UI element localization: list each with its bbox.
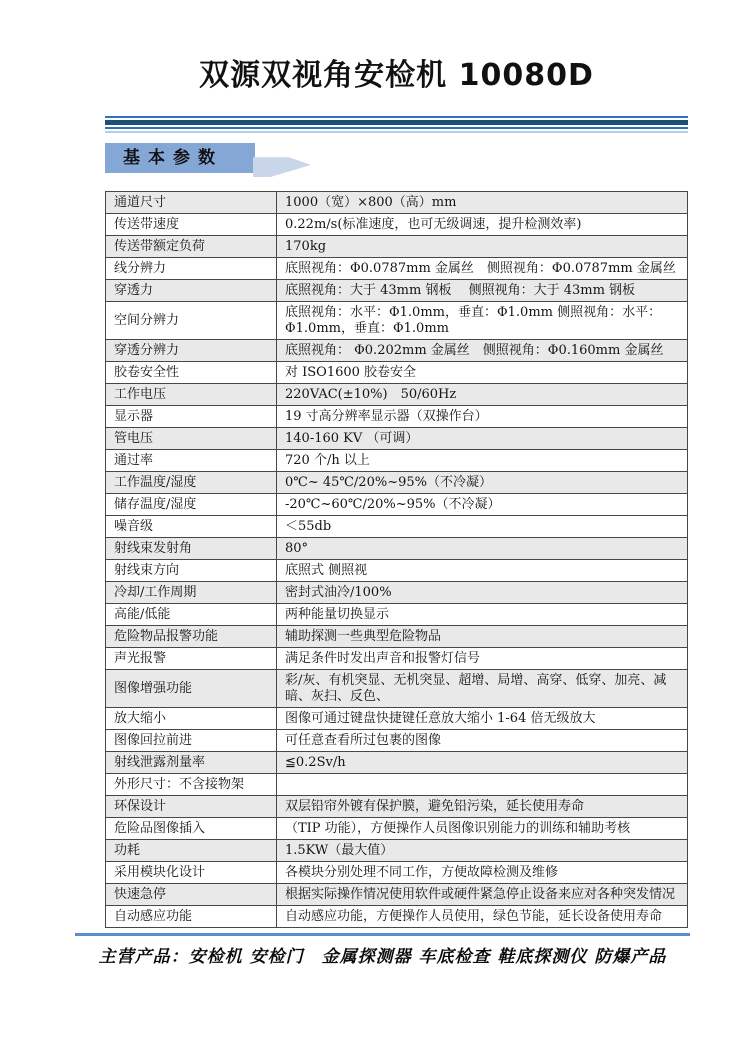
spec-label: 环保设计 [106, 796, 277, 818]
spec-row: 采用模块化设计各模块分别处理不同工作，方便故障检测及维修 [106, 862, 688, 884]
separator-line-thin-mid [105, 127, 688, 129]
spec-row: 胶卷安全性对 ISO1600 胶卷安全 [106, 362, 688, 384]
spec-label: 显示器 [106, 406, 277, 428]
spec-label: 图像回拉前进 [106, 730, 277, 752]
spec-label: 传送带速度 [106, 214, 277, 236]
spec-row: 传送带速度0.22m/s(标准速度，也可无级调速，提升检测效率) [106, 214, 688, 236]
spec-label: 高能/低能 [106, 604, 277, 626]
spec-label: 快速急停 [106, 884, 277, 906]
spec-value: 1000（宽）×800（高）mm [277, 192, 688, 214]
spec-row: 通道尺寸1000（宽）×800（高）mm [106, 192, 688, 214]
spec-label: 声光报警 [106, 648, 277, 670]
spec-label: 穿透分辨力 [106, 340, 277, 362]
spec-value: 各模块分别处理不同工作，方便故障检测及维修 [277, 862, 688, 884]
spec-row: 工作温度/湿度0℃~ 45℃/20%~95%（不冷凝） [106, 472, 688, 494]
spec-row: 噪音级＜55db [106, 516, 688, 538]
spec-row: 传送带额定负荷170kg [106, 236, 688, 258]
spec-row: 射线泄露剂量率≦0.2Sv/h [106, 752, 688, 774]
spec-label: 空间分辨力 [106, 302, 277, 340]
spec-label: 储存温度/湿度 [106, 494, 277, 516]
spec-row: 储存温度/湿度-20℃~60℃/20%~95%（不冷凝） [106, 494, 688, 516]
spec-row: 穿透力底照视角：大于 43mm 钢板 侧照视角：大于 43mm 钢板 [106, 280, 688, 302]
spec-label: 通过率 [106, 450, 277, 472]
spec-row: 通过率720 个/h 以上 [106, 450, 688, 472]
separator-line-light [105, 131, 688, 133]
spec-value: 720 个/h 以上 [277, 450, 688, 472]
spec-label: 线分辨力 [106, 258, 277, 280]
separator-line-thick [105, 120, 688, 125]
spec-label: 采用模块化设计 [106, 862, 277, 884]
title-separator [105, 116, 688, 133]
spec-value: 辅助探测一些典型危险物品 [277, 626, 688, 648]
spec-value: 底照视角： Φ0.202mm 金属丝 侧照视角：Φ0.160mm 金属丝 [277, 340, 688, 362]
spec-row: 显示器19 寸高分辨率显示器（双操作台） [106, 406, 688, 428]
spec-value: -20℃~60℃/20%~95%（不冷凝） [277, 494, 688, 516]
spec-value: 1.5KW（最大值） [277, 840, 688, 862]
spec-value: 两种能量切换显示 [277, 604, 688, 626]
spec-value: 自动感应功能，方便操作人员使用，绿色节能，延长设备使用寿命 [277, 906, 688, 928]
spec-row: 危险物品报警功能辅助探测一些典型危险物品 [106, 626, 688, 648]
spec-value: 底照视角：Φ0.0787mm 金属丝 侧照视角：Φ0.0787mm 金属丝 [277, 258, 688, 280]
spec-value: 底照式 侧照视 [277, 560, 688, 582]
spec-label: 自动感应功能 [106, 906, 277, 928]
spec-value: ≦0.2Sv/h [277, 752, 688, 774]
section-header-label: 基本参数 [105, 143, 255, 173]
spec-value: 19 寸高分辨率显示器（双操作台） [277, 406, 688, 428]
spec-row: 射线束发射角80° [106, 538, 688, 560]
spec-label: 胶卷安全性 [106, 362, 277, 384]
spec-row: 图像回拉前进可任意查看所过包裹的图像 [106, 730, 688, 752]
spec-row: 自动感应功能自动感应功能，方便操作人员使用，绿色节能，延长设备使用寿命 [106, 906, 688, 928]
spec-value [277, 774, 688, 796]
spec-label: 危险物品报警功能 [106, 626, 277, 648]
spec-row: 图像增强功能彩/灰、有机突显、无机突显、超增、局增、高穿、低穿、加亮、减暗、灰扫… [106, 670, 688, 708]
spec-row: 快速急停根据实际操作情况使用软件或硬件紧急停止设备来应对各种突发情况 [106, 884, 688, 906]
spec-value: 80° [277, 538, 688, 560]
spec-row: 环保设计双层铅帘外镀有保护膜，避免铅污染，延长使用寿命 [106, 796, 688, 818]
spec-row: 冷却/工作周期密封式油冷/100% [106, 582, 688, 604]
spec-value: 对 ISO1600 胶卷安全 [277, 362, 688, 384]
spec-row: 工作电压220VAC(±10%) 50/60Hz [106, 384, 688, 406]
spec-row: 穿透分辨力底照视角： Φ0.202mm 金属丝 侧照视角：Φ0.160mm 金属… [106, 340, 688, 362]
spec-label: 放大缩小 [106, 708, 277, 730]
spec-label: 穿透力 [106, 280, 277, 302]
spec-value: 底照视角：大于 43mm 钢板 侧照视角：大于 43mm 钢板 [277, 280, 688, 302]
spec-label: 噪音级 [106, 516, 277, 538]
spec-label: 传送带额定负荷 [106, 236, 277, 258]
spec-row: 线分辨力底照视角：Φ0.0787mm 金属丝 侧照视角：Φ0.0787mm 金属… [106, 258, 688, 280]
footer-divider [75, 933, 690, 936]
spec-row: 管电压140-160 KV （可调） [106, 428, 688, 450]
spec-value: 底照视角：水平：Φ1.0mm，垂直：Φ1.0mm 侧照视角：水平：Φ1.0mm，… [277, 302, 688, 340]
spec-row: 外形尺寸：不含接物架 [106, 774, 688, 796]
separator-line-thin-top [105, 116, 688, 118]
spec-value: 密封式油冷/100% [277, 582, 688, 604]
spec-row: 射线束方向底照式 侧照视 [106, 560, 688, 582]
spec-value: 彩/灰、有机突显、无机突显、超增、局增、高穿、低穿、加亮、减暗、灰扫、反色、 [277, 670, 688, 708]
spec-label: 冷却/工作周期 [106, 582, 277, 604]
spec-value: 可任意查看所过包裹的图像 [277, 730, 688, 752]
document-page: 双源双视角安检机 10080D 基本参数 通道尺寸1000（宽）×800（高）m… [0, 0, 750, 1061]
spec-label: 管电压 [106, 428, 277, 450]
spec-value: 220VAC(±10%) 50/60Hz [277, 384, 688, 406]
spec-label: 通道尺寸 [106, 192, 277, 214]
spec-row: 高能/低能两种能量切换显示 [106, 604, 688, 626]
spec-row: 声光报警满足条件时发出声音和报警灯信号 [106, 648, 688, 670]
spec-label: 射线束方向 [106, 560, 277, 582]
spec-label: 外形尺寸：不含接物架 [106, 774, 277, 796]
spec-value: 0℃~ 45℃/20%~95%（不冷凝） [277, 472, 688, 494]
spec-value: （TIP 功能），方便操作人员图像识别能力的训练和辅助考核 [277, 818, 688, 840]
spec-value: ＜55db [277, 516, 688, 538]
spec-label: 工作电压 [106, 384, 277, 406]
spec-table-body: 通道尺寸1000（宽）×800（高）mm传送带速度0.22m/s(标准速度，也可… [106, 192, 688, 928]
spec-value: 根据实际操作情况使用软件或硬件紧急停止设备来应对各种突发情况 [277, 884, 688, 906]
spec-value: 图像可通过键盘快捷键任意放大缩小 1-64 倍无级放大 [277, 708, 688, 730]
spec-row: 空间分辨力底照视角：水平：Φ1.0mm，垂直：Φ1.0mm 侧照视角：水平：Φ1… [106, 302, 688, 340]
spec-row: 放大缩小图像可通过键盘快捷键任意放大缩小 1-64 倍无级放大 [106, 708, 688, 730]
footer-text: 主营产品：安检机 安检门 金属探测器 车底检查 鞋底探测仪 防爆产品 [75, 942, 690, 967]
page-title: 双源双视角安检机 10080D [105, 50, 688, 94]
spec-value: 0.22m/s(标准速度，也可无级调速，提升检测效率) [277, 214, 688, 236]
spec-value: 满足条件时发出声音和报警灯信号 [277, 648, 688, 670]
spec-row: 危险品图像插入（TIP 功能），方便操作人员图像识别能力的训练和辅助考核 [106, 818, 688, 840]
spec-label: 危险品图像插入 [106, 818, 277, 840]
section-header-arrow-icon [253, 155, 311, 177]
spec-label: 工作温度/湿度 [106, 472, 277, 494]
spec-label: 功耗 [106, 840, 277, 862]
section-header: 基本参数 [105, 143, 688, 173]
spec-value: 140-160 KV （可调） [277, 428, 688, 450]
spec-row: 功耗1.5KW（最大值） [106, 840, 688, 862]
spec-value: 170kg [277, 236, 688, 258]
spec-label: 图像增强功能 [106, 670, 277, 708]
spec-table: 通道尺寸1000（宽）×800（高）mm传送带速度0.22m/s(标准速度，也可… [105, 191, 688, 928]
spec-label: 射线束发射角 [106, 538, 277, 560]
spec-label: 射线泄露剂量率 [106, 752, 277, 774]
content-area: 双源双视角安检机 10080D 基本参数 通道尺寸1000（宽）×800（高）m… [105, 0, 688, 928]
spec-value: 双层铅帘外镀有保护膜，避免铅污染，延长使用寿命 [277, 796, 688, 818]
